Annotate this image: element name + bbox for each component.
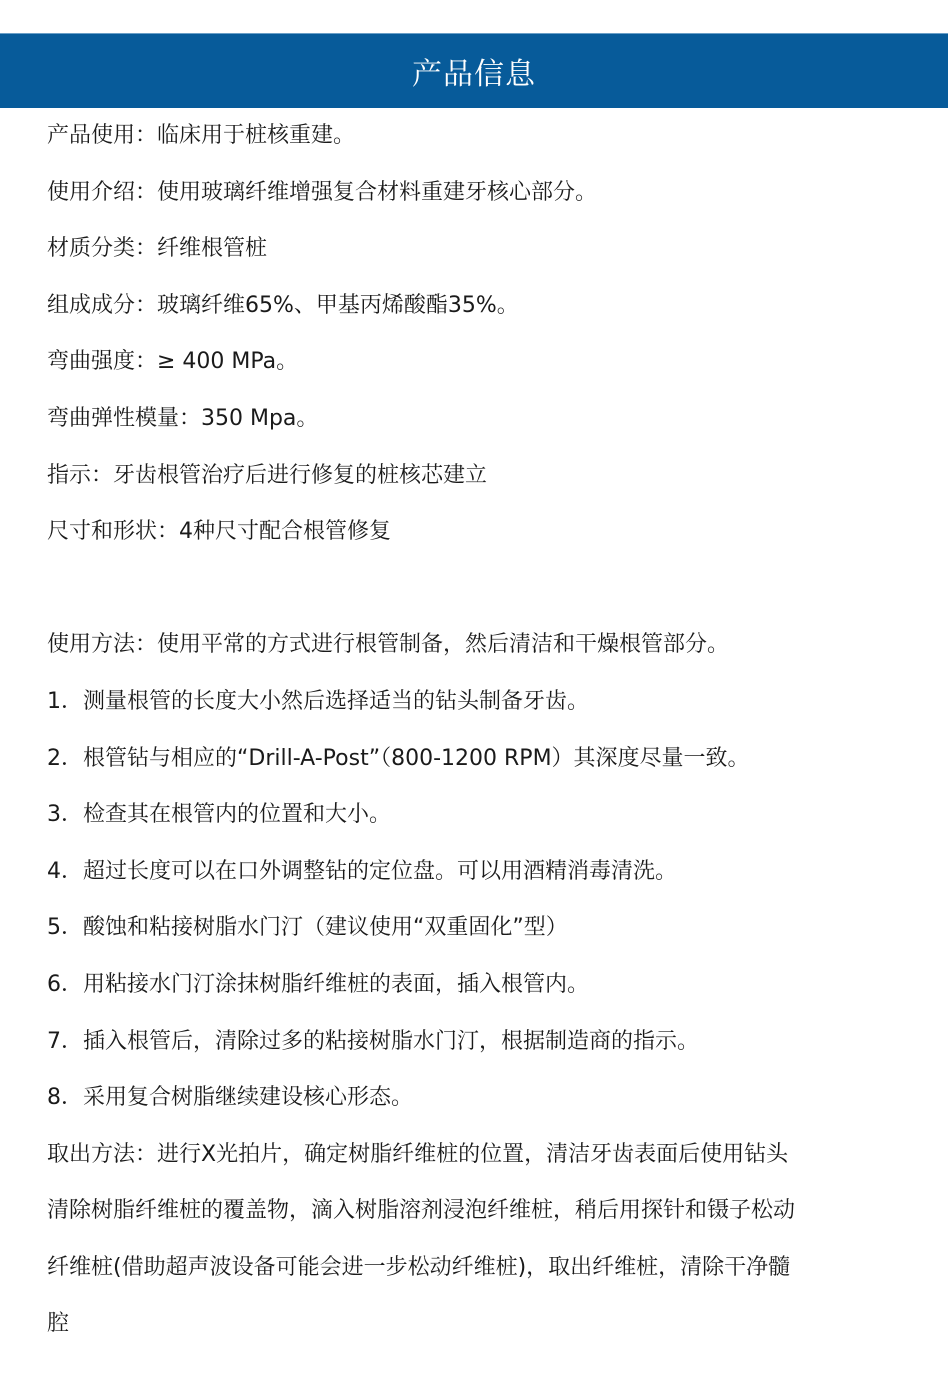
- spec-flexural-modulus: 弯曲弹性模量：350 Mpa。: [47, 391, 917, 448]
- usage-step: 1．测量根管的长度大小然后选择适当的钻头制备牙齿。: [47, 674, 917, 731]
- header-banner: 产品信息: [0, 33, 948, 108]
- spec-indication: 指示：牙齿根管治疗后进行修复的桩核芯建立: [47, 448, 917, 505]
- spec-composition: 组成成分：玻璃纤维65%、甲基丙烯酸酯35%。: [47, 278, 917, 335]
- spec-introduction: 使用介绍：使用玻璃纤维增强复合材料重建牙核心部分。: [47, 165, 917, 222]
- removal-line: 清除树脂纤维桩的覆盖物，滴入树脂溶剂浸泡纤维桩，稍后用探针和镊子松动: [47, 1183, 917, 1240]
- spec-usage: 产品使用：临床用于桩核重建。: [47, 108, 917, 165]
- spec-size-shape: 尺寸和形状：4种尺寸配合根管修复: [47, 504, 917, 561]
- removal-line: 取出方法：进行X光拍片，确定树脂纤维桩的位置，清洁牙齿表面后使用钻头: [47, 1127, 917, 1184]
- usage-intro: 使用方法：使用平常的方式进行根管制备，然后清洁和干燥根管部分。: [47, 617, 917, 674]
- page-title: 产品信息: [412, 49, 536, 93]
- usage-step: 7．插入根管后，清除过多的粘接树脂水门汀，根据制造商的指示。: [47, 1014, 917, 1071]
- spec-material: 材质分类：纤维根管桩: [47, 221, 917, 278]
- product-info-content: 产品使用：临床用于桩核重建。 使用介绍：使用玻璃纤维增强复合材料重建牙核心部分。…: [47, 108, 917, 1353]
- usage-step: 5．酸蚀和粘接树脂水门汀（建议使用“双重固化”型）: [47, 900, 917, 957]
- section-gap: [47, 561, 917, 618]
- usage-step: 4．超过长度可以在口外调整钻的定位盘。可以用酒精消毒清洗。: [47, 844, 917, 901]
- removal-line: 纤维桩(借助超声波设备可能会进一步松动纤维桩)，取出纤维桩，清除干净髓: [47, 1240, 917, 1297]
- usage-step: 8．采用复合树脂继续建设核心形态。: [47, 1070, 917, 1127]
- removal-line: 腔: [47, 1296, 917, 1353]
- usage-step: 6．用粘接水门汀涂抹树脂纤维桩的表面，插入根管内。: [47, 957, 917, 1014]
- usage-step: 2．根管钻与相应的“Drill-A-Post”（800-1200 RPM）其深度…: [47, 731, 917, 788]
- usage-step: 3．检查其在根管内的位置和大小。: [47, 787, 917, 844]
- spec-flexural-strength: 弯曲强度：≥ 400 MPa。: [47, 334, 917, 391]
